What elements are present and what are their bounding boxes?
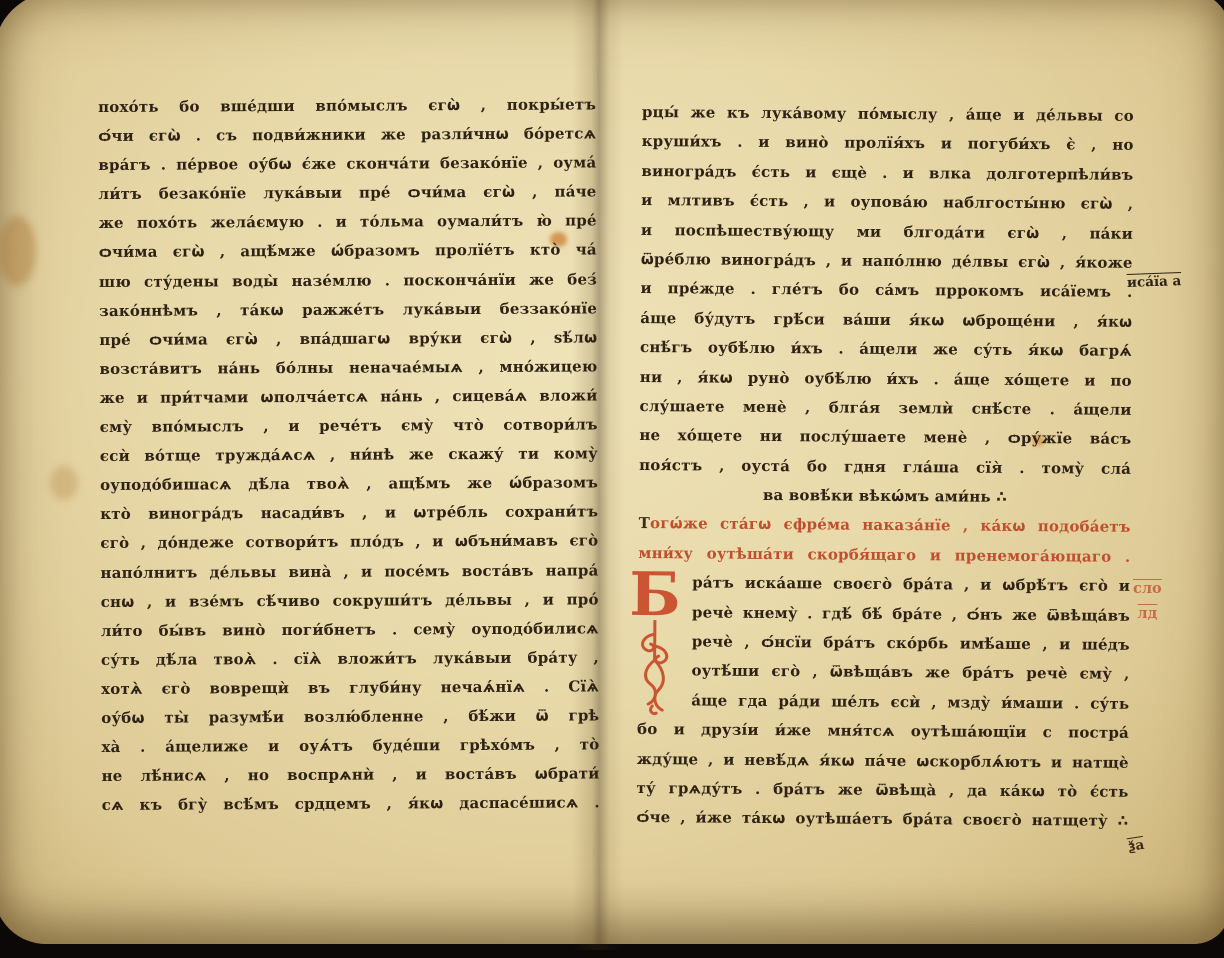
text-line: оу́бѡ ты̀ разумѣ́и возлю́бленне , бѣ́жи … [101, 701, 599, 733]
text-line: оутѣ́ши єго̀ , ѿвѣща́въ же бра́тъ речѐ є… [637, 656, 1129, 689]
slovo-number: лд [1133, 601, 1162, 626]
margin-note-slovo-number: сло лд [1133, 576, 1162, 626]
text-line: напо́лнитъ де́львы вина̀ , и посе́мъ вос… [100, 556, 598, 588]
book-spread: похо́ть бо вше́дши впо́мыслъ єгѡ̀ , покр… [0, 0, 1224, 944]
text-line: ѿре́блю виногра́дъ , и напо́лню де́лвы є… [641, 245, 1133, 278]
folio-number-text: ѯа [1127, 837, 1146, 855]
heading-initial-letter: Т [639, 514, 651, 532]
text-line: жду́ще , и невѣ́дѧ я́кѡ па́че ѡскорблѧ́ю… [637, 745, 1129, 778]
text-line: а́ще гда ра́ди ше́лъ єсѝ , мзду̀ и́маши … [637, 686, 1129, 719]
text-line: не хо́щете ни послу́шаете менѐ , ѻру́жїе… [639, 421, 1131, 454]
text-line: вра́гъ . пе́рвое оу́бѡ є́же сконча́ти бе… [98, 149, 596, 181]
text-line: сѧ къ бгу̀ всѣ́мъ срдцемъ , я́кѡ даспасе… [102, 789, 600, 821]
text-line: не лѣ́нисѧ , но воспрѧнѝ , и воста́въ ѡб… [102, 760, 600, 792]
paper-stain [50, 466, 78, 500]
text-line: єму̀ впо́мыслъ , и рече́тъ єму̀ что̀ сот… [100, 410, 598, 442]
text-line: слу́шаете менѐ , блга́я землѝ снѣ́сте . … [639, 392, 1131, 425]
left-page-text-block: похо́ть бо вше́дши впо́мыслъ єгѡ̀ , покр… [98, 90, 600, 820]
text-line: ли́тъ безако́нїе лука́выи пре́ ѻчи́ма єг… [98, 178, 596, 210]
text-line: су́ть дѣ́ла твоѧ̀ . сїѧ̀ вложи́тъ лука́в… [101, 643, 599, 675]
text-line: ни , я́кѡ руно̀ оубѣ́лю и́хъ . а́ще хо́щ… [640, 363, 1132, 396]
text-line: бо и друзі́и и́же мня́тсѧ оутѣша́ющїи с … [637, 715, 1129, 748]
right-page-paragraph: рцы́ же къ лука́вому по́мыслу , а́ще и д… [639, 98, 1134, 484]
slovo-label: сло [1133, 576, 1162, 601]
folio-number: ѯа [1127, 837, 1146, 855]
paper-stain [0, 216, 36, 286]
text-line: рцы́ же къ лука́вому по́мыслу , а́ще и д… [642, 98, 1134, 131]
rubric-heading-line-1: Тогѡ́же ста́гѡ єфре́ма наказа́нїе , ка́к… [639, 509, 1131, 542]
text-line: пре́ ѻчи́ма єгѡ̀ , впа́дшагѡ вру́ки єгѡ̀… [99, 323, 597, 355]
margin-note-isaiah-reference: иса́їа а [1127, 273, 1182, 291]
right-page-text-block: рцы́ же къ лука́вому по́мыслу , а́ще и д… [636, 98, 1134, 837]
text-line: снѣ́гъ оубѣ́лю и́хъ . а́щели же су́ть я́… [640, 333, 1132, 366]
text-line: кто̀ виногра́дъ насади́въ , и ѡтре́бль с… [100, 498, 598, 530]
text-line: и пре́жде . гле́тъ бо са́мъ пррокомъ иса… [640, 274, 1132, 307]
doxology-line: ва вовѣ́ки вѣкѡ́мъ ами́нь ∴ [639, 480, 1131, 513]
rubric-heading-line-2: мни́ху оутѣша́ти скорбя́щаго и пренемога… [638, 539, 1130, 572]
text-line: речѐ , ѻ́нсїи бра́тъ ско́рбь имѣ́аше , и… [638, 627, 1130, 660]
text-line: ѻчи́ма єгѡ̀ , ащѣ́мже ѡ́бразомъ пролїе́т… [99, 236, 597, 268]
text-line: зако́ннѣмъ , та́кѡ ражже́тъ лука́выи без… [99, 294, 597, 326]
text-line: и млтивъ є́сть , и оупова́ю наблгосты́ню… [641, 186, 1133, 219]
text-line: оуподо́бишасѧ дѣ́ла твоѧ̀ , ащѣ́мъ же ѡ́… [100, 469, 598, 501]
section-continued: бо и друзі́и и́же мня́тсѧ оутѣша́ющїи с … [636, 715, 1129, 836]
drop-cap-initial: Б [625, 566, 684, 731]
text-line: речѐ кнему̀ . гдѣ́ бѣ́ бра́те , ѻ́нъ же … [638, 598, 1130, 631]
text-line: круши́хъ . и вино̀ пролїя́хъ и погуби́хъ… [642, 127, 1134, 160]
text-line: ра́тъ иска́аше своєго̀ бра́та , и ѡбрѣ́т… [638, 568, 1130, 601]
text-line: єсѝ во́тще тружда́ѧсѧ , ни́нѣ же скажу́ … [100, 440, 598, 472]
heading-text: огѡ́же ста́гѡ єфре́ма наказа́нїе , ка́кѡ… [650, 515, 1131, 537]
text-line: снѡ , и взе́мъ сѣ́чиво сокруши́тъ де́льв… [101, 585, 599, 617]
text-line: ѻ́чи єгѡ̀ . съ подви́жники же разли́чнѡ … [98, 119, 596, 151]
text-line: и поспѣшеству́ющу ми блгода́ти єгѡ̀ , па… [641, 216, 1133, 249]
text-line: ѻ́че , и́же та́кѡ оутѣша́етъ бра́та своє… [636, 803, 1128, 836]
text-line: возста́витъ на́нь бо́лны неначае́мыѧ , м… [99, 352, 597, 384]
text-line: поя́стъ , оуста́ бо гдня гла́ша сїя̀ . т… [639, 451, 1131, 484]
text-line: ту́ грѧду́тъ . бра́тъ же ѿвѣща̀ , да ка́… [636, 774, 1128, 807]
text-line: похо́ть бо вше́дши впо́мыслъ єгѡ̀ , покр… [98, 90, 596, 122]
text-line: ли́то бы́въ вино̀ поги́бнетъ . сему̀ оуп… [101, 614, 599, 646]
text-line: ха̀ . а́щелиже и оуѧ́тъ буде́ши грѣхо́мъ… [101, 730, 599, 762]
isaiah-reference-text: иса́їа а [1127, 273, 1182, 291]
text-line: же и при́тчами ѡполча́етсѧ на́нь , сицев… [100, 381, 598, 413]
text-line: же похо́ть жела́ємую . и то́льма оумали́… [99, 207, 597, 239]
text-line: єго̀ , до́ндеже сотвори́тъ пло́дъ , и ѡб… [100, 527, 598, 559]
floral-flourish-icon [632, 620, 677, 716]
text-line: виногра́дъ є́сть и єщѐ . и влка долготер… [641, 157, 1133, 190]
text-line: хотѧ̀ єго̀ воврещѝ въ глуби́ну нечаѧ́нїѧ… [101, 672, 599, 704]
drop-cap-letter: Б [626, 566, 684, 624]
text-line: а́ще бу́дутъ грѣ́си ва́ши я́кѡ ѡброще́ни… [640, 304, 1132, 337]
section-start-indented: ра́тъ иска́аше своєго̀ бра́та , и ѡбрѣ́т… [637, 568, 1130, 719]
text-line: шю сту́дены воды̀ назе́млю . посконча́нї… [99, 265, 597, 297]
